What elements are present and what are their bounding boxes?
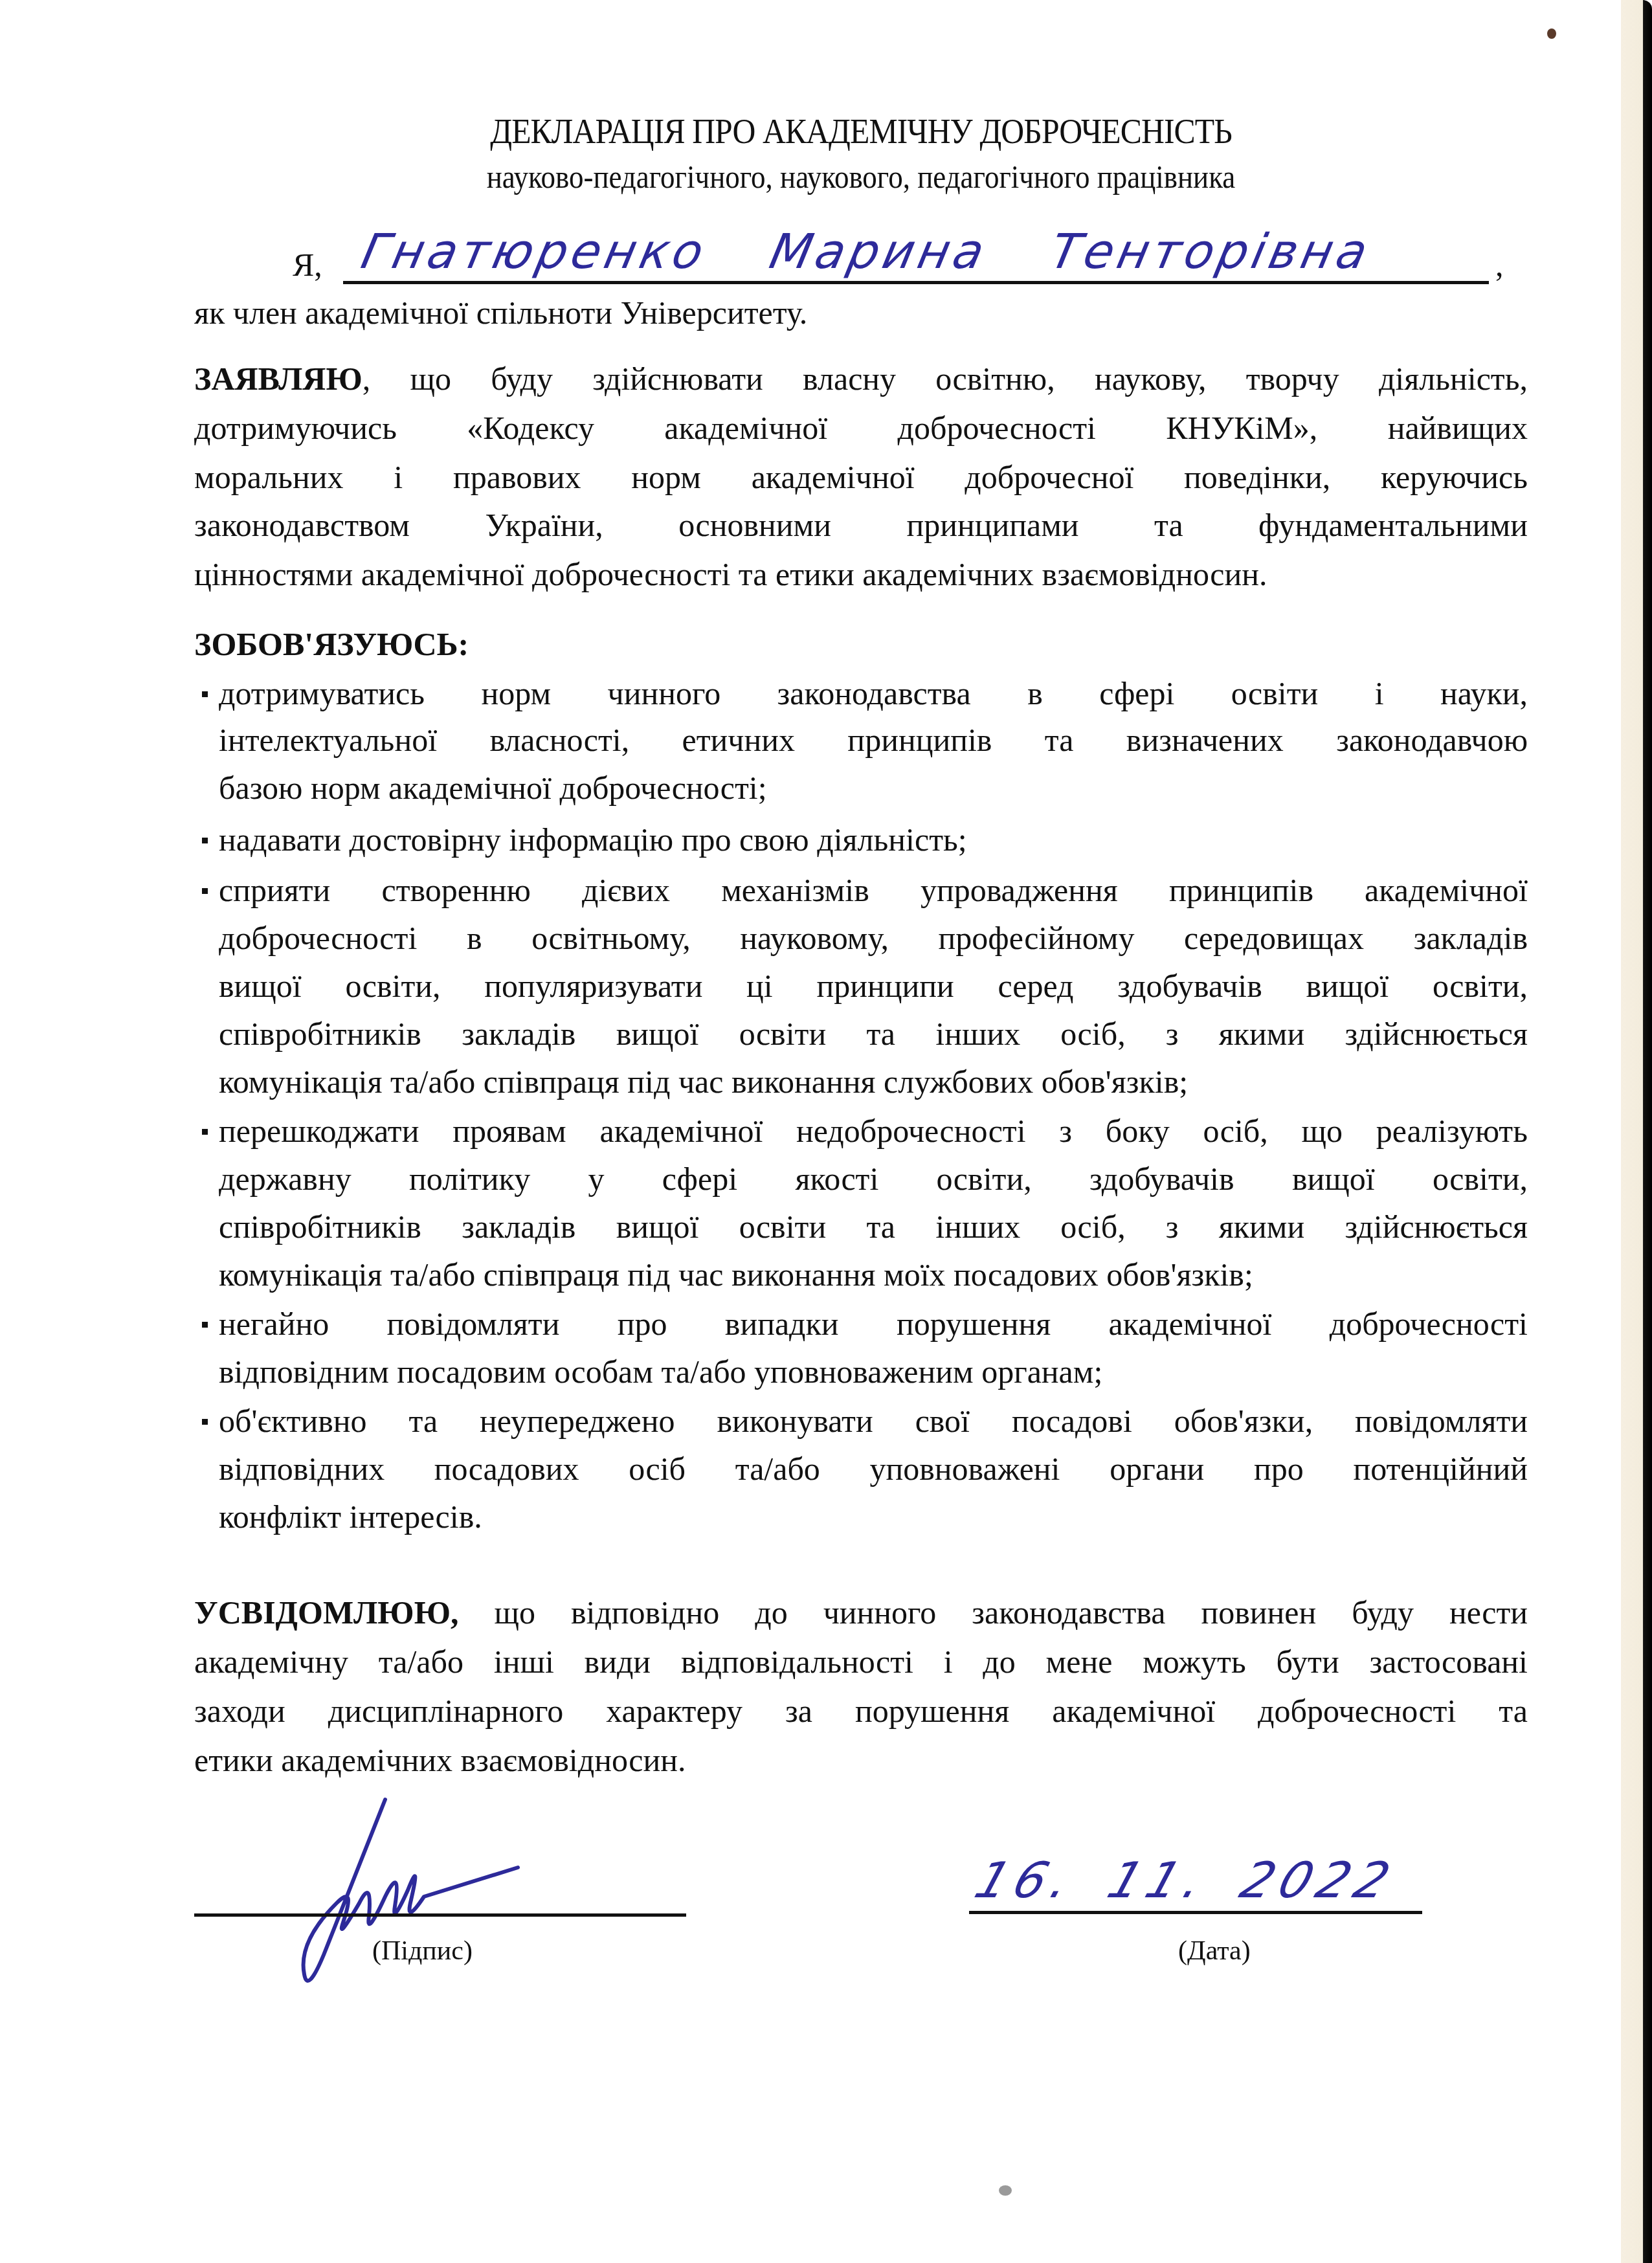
commit-item-4-line-3: співробітників закладів вищої освіти та … <box>219 1210 1528 1243</box>
handwritten-date: 16. 11. 2022 <box>968 1851 1403 1909</box>
commit-item-4-line-2: державну політику у сфері якості освіти,… <box>219 1163 1528 1195</box>
commit-item-1-line-2: інтелектуальної власності, етичних принц… <box>219 724 1528 756</box>
commit-item-3-line-5: комунікація та/або співпраця під час вик… <box>219 1065 1528 1098</box>
name-underline <box>343 281 1489 284</box>
commit-item-1-line-1: дотримуватись норм чинного законодавства… <box>219 677 1528 709</box>
acknowledge-line-4: етики академічних взаємовідносин. <box>194 1744 1528 1776</box>
bullet-icon <box>202 1419 208 1425</box>
declare-line-2: дотримуючись «Кодексу академічної доброч… <box>194 412 1528 444</box>
commit-item-1-line-3: базою норм академічної доброчесності; <box>219 772 1528 804</box>
commit-item-5-line-2: відповідним посадовим особам та/або упов… <box>219 1355 1528 1388</box>
commit-item-4-line-1: перешкоджати проявам академічної недобро… <box>219 1115 1528 1147</box>
scan-edge-strip <box>1621 0 1652 2263</box>
signature-underline <box>194 1913 686 1917</box>
acknowledge-keyword: УСВІДОМЛЮЮ, <box>194 1594 458 1631</box>
acknowledge-line-3: заходи дисциплінарного характеру за пору… <box>194 1695 1528 1727</box>
name-trailing-comma: , <box>1495 246 1504 284</box>
date-underline <box>969 1911 1422 1914</box>
declare-line-1: ЗАЯВЛЯЮ, що буду здійснювати власну осві… <box>194 362 1528 395</box>
bullet-icon <box>202 691 208 697</box>
declare-keyword: ЗАЯВЛЯЮ <box>194 361 363 397</box>
membership-line: як член академічної спільноти Університе… <box>194 296 1528 329</box>
document-title: ДЕКЛАРАЦІЯ ПРО АКАДЕМІЧНУ ДОБРОЧЕСНІСТЬ <box>247 111 1474 151</box>
commit-item-3-line-3: вищої освіти, популяризувати ці принципи… <box>219 970 1528 1002</box>
declare-line-3: моральних і правових норм академічної до… <box>194 461 1528 493</box>
commit-heading: ЗОБОВ'ЯЗУЮСЬ: <box>194 628 1528 660</box>
document-subtitle: науково-педагогічного, наукового, педаго… <box>261 158 1461 195</box>
commit-item-2-line-1: надавати достовірну інформацію про свою … <box>219 823 1528 856</box>
handwritten-name: Гнатюренко Марина Тенторівна <box>357 224 1376 280</box>
commit-item-5-line-1: негайно повідомляти про випадки порушенн… <box>219 1308 1528 1340</box>
declare-line-4: законодавством України, основними принци… <box>194 509 1528 541</box>
acknowledge-line-1: УСВІДОМЛЮЮ, що відповідно до чинного зак… <box>194 1596 1528 1629</box>
commit-item-6-line-2: відповідних посадових осіб та/або уповно… <box>219 1453 1528 1485</box>
bullet-icon <box>202 838 208 843</box>
date-label: (Дата) <box>1178 1935 1251 1967</box>
bullet-icon <box>202 888 208 894</box>
pronoun-label: Я, <box>293 246 322 284</box>
bullet-icon <box>202 1129 208 1135</box>
acknowledge-line-2: академічну та/або інші види відповідальн… <box>194 1645 1528 1678</box>
commit-item-4-line-4: комунікація та/або співпраця під час вик… <box>219 1258 1528 1291</box>
declare-line-5: цінностями академічної доброчесності та … <box>194 558 1528 590</box>
scan-speck <box>999 2185 1012 2196</box>
commit-item-6-line-1: об'єктивно та неупереджено виконувати св… <box>219 1405 1528 1437</box>
commit-item-3-line-1: сприяти створенню дієвих механізмів упро… <box>219 874 1528 906</box>
bullet-icon <box>202 1322 208 1328</box>
commit-item-3-line-2: доброчесності в освітньому, науковому, п… <box>219 922 1528 954</box>
scan-speck <box>1547 28 1556 39</box>
signature-label: (Підпис) <box>372 1935 473 1967</box>
commit-item-3-line-4: співробітників закладів вищої освіти та … <box>219 1018 1528 1050</box>
commit-item-6-line-3: конфлікт інтересів. <box>219 1500 1528 1533</box>
